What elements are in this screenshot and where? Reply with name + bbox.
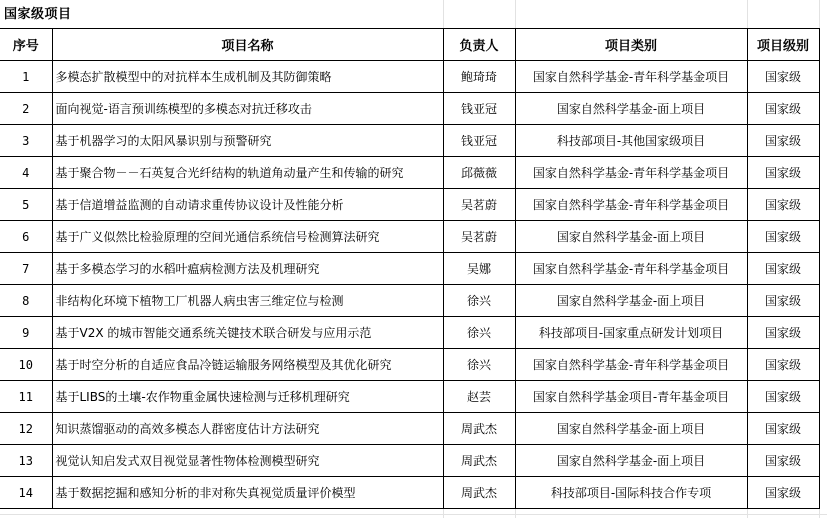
cell-category[interactable]: 国家自然科学基金-青年科学基金项目 <box>515 61 747 93</box>
cell-level[interactable]: 国家级 <box>747 221 819 253</box>
cell-index[interactable]: 5 <box>0 189 52 221</box>
cell-project-name[interactable]: 基于聚合物－－石英复合光纤结构的轨道角动量产生和传输的研究 <box>52 157 443 189</box>
cell-project-name[interactable]: 视觉认知启发式双目视觉显著性物体检测模型研究 <box>52 445 443 477</box>
cell-level[interactable]: 国家级 <box>747 61 819 93</box>
table-row: 10基于时空分析的自适应食品冷链运输服务网络模型及其优化研究徐兴国家自然科学基金… <box>0 349 819 381</box>
project-table: 序号 项目名称 负责人 项目类别 项目级别 1多模态扩散模型中的对抗样本生成机制… <box>0 28 820 509</box>
cell-lead[interactable]: 周武杰 <box>443 445 515 477</box>
cell-level[interactable]: 国家级 <box>747 477 819 509</box>
table-row: 6基于广义似然比检验原理的空间光通信系统信号检测算法研究吴茗蔚国家自然科学基金-… <box>0 221 819 253</box>
cell-level[interactable]: 国家级 <box>747 93 819 125</box>
cell-category[interactable]: 国家自然科学基金-面上项目 <box>515 413 747 445</box>
cell-project-name[interactable]: 面向视觉-语言预训练模型的多模态对抗迁移攻击 <box>52 93 443 125</box>
table-row: 1多模态扩散模型中的对抗样本生成机制及其防御策略鲍琦琦国家自然科学基金-青年科学… <box>0 61 819 93</box>
cell-level[interactable]: 国家级 <box>747 381 819 413</box>
header-level[interactable]: 项目级别 <box>747 29 819 61</box>
cell-level[interactable]: 国家级 <box>747 317 819 349</box>
cell-lead[interactable]: 徐兴 <box>443 317 515 349</box>
cell-category[interactable]: 科技部项目-国际科技合作专项 <box>515 477 747 509</box>
cell-category[interactable]: 国家自然科学基金-青年科学基金项目 <box>515 157 747 189</box>
cell-lead[interactable]: 周武杰 <box>443 413 515 445</box>
table-row: 9基于V2X 的城市智能交通系统关键技术联合研发与应用示范徐兴科技部项目-国家重… <box>0 317 819 349</box>
cell-project-name[interactable]: 基于信道增益监测的自动请求重传协议设计及性能分析 <box>52 189 443 221</box>
cell-lead[interactable]: 吴茗蔚 <box>443 221 515 253</box>
table-row: 8非结构化环境下植物工厂机器人病虫害三维定位与检测徐兴国家自然科学基金-面上项目… <box>0 285 819 317</box>
cell-project-name[interactable]: 非结构化环境下植物工厂机器人病虫害三维定位与检测 <box>52 285 443 317</box>
cell-index[interactable]: 13 <box>0 445 52 477</box>
cell-index[interactable]: 7 <box>0 253 52 285</box>
cell-level[interactable]: 国家级 <box>747 413 819 445</box>
cell-index[interactable]: 9 <box>0 317 52 349</box>
cell-category[interactable]: 国家自然科学基金-面上项目 <box>515 93 747 125</box>
cell-lead[interactable]: 钱亚冠 <box>443 125 515 157</box>
cell-project-name[interactable]: 基于广义似然比检验原理的空间光通信系统信号检测算法研究 <box>52 221 443 253</box>
cell-category[interactable]: 国家自然科学基金-面上项目 <box>515 285 747 317</box>
cell-project-name[interactable]: 基于LIBS的土壤-农作物重金属快速检测与迁移机理研究 <box>52 381 443 413</box>
cell-index[interactable]: 8 <box>0 285 52 317</box>
table-row: 5基于信道增益监测的自动请求重传协议设计及性能分析吴茗蔚国家自然科学基金-青年科… <box>0 189 819 221</box>
cell-category[interactable]: 科技部项目-国家重点研发计划项目 <box>515 317 747 349</box>
cell-level[interactable]: 国家级 <box>747 157 819 189</box>
table-row: 13视觉认知启发式双目视觉显著性物体检测模型研究周武杰国家自然科学基金-面上项目… <box>0 445 819 477</box>
cell-category[interactable]: 国家自然科学基金-青年科学基金项目 <box>515 189 747 221</box>
cell-index[interactable]: 1 <box>0 61 52 93</box>
cell-category[interactable]: 国家自然科学基金-面上项目 <box>515 221 747 253</box>
cell-index[interactable]: 14 <box>0 477 52 509</box>
cell-index[interactable]: 4 <box>0 157 52 189</box>
cell-index[interactable]: 3 <box>0 125 52 157</box>
cell-lead[interactable]: 徐兴 <box>443 349 515 381</box>
cell-level[interactable]: 国家级 <box>747 189 819 221</box>
header-category[interactable]: 项目类别 <box>515 29 747 61</box>
cell-lead[interactable]: 钱亚冠 <box>443 93 515 125</box>
header-row: 序号 项目名称 负责人 项目类别 项目级别 <box>0 29 819 61</box>
header-index[interactable]: 序号 <box>0 29 52 61</box>
cell-project-name[interactable]: 知识蒸馏驱动的高效多模态人群密度估计方法研究 <box>52 413 443 445</box>
cell-category[interactable]: 科技部项目-其他国家级项目 <box>515 125 747 157</box>
cell-level[interactable]: 国家级 <box>747 285 819 317</box>
cell-level[interactable]: 国家级 <box>747 125 819 157</box>
cell-category[interactable]: 国家自然科学基金-青年科学基金项目 <box>515 253 747 285</box>
cell-category[interactable]: 国家自然科学基金-面上项目 <box>515 445 747 477</box>
table-row: 3基于机器学习的太阳风暴识别与预警研究钱亚冠科技部项目-其他国家级项目国家级 <box>0 125 819 157</box>
cell-index[interactable]: 2 <box>0 93 52 125</box>
cell-lead[interactable]: 邱薇薇 <box>443 157 515 189</box>
cell-lead[interactable]: 赵芸 <box>443 381 515 413</box>
cell-index[interactable]: 6 <box>0 221 52 253</box>
cell-level[interactable]: 国家级 <box>747 349 819 381</box>
gridline <box>0 514 827 515</box>
table-row: 12知识蒸馏驱动的高效多模态人群密度估计方法研究周武杰国家自然科学基金-面上项目… <box>0 413 819 445</box>
cell-level[interactable]: 国家级 <box>747 445 819 477</box>
cell-lead[interactable]: 徐兴 <box>443 285 515 317</box>
cell-index[interactable]: 10 <box>0 349 52 381</box>
cell-level[interactable]: 国家级 <box>747 253 819 285</box>
cell-lead[interactable]: 周武杰 <box>443 477 515 509</box>
cell-project-name[interactable]: 基于机器学习的太阳风暴识别与预警研究 <box>52 125 443 157</box>
header-name[interactable]: 项目名称 <box>52 29 443 61</box>
cell-index[interactable]: 12 <box>0 413 52 445</box>
table-row: 11基于LIBS的土壤-农作物重金属快速检测与迁移机理研究赵芸国家自然科学基金项… <box>0 381 819 413</box>
table-row: 14基于数据挖掘和感知分析的非对称失真视觉质量评价模型周武杰科技部项目-国际科技… <box>0 477 819 509</box>
table-row: 7基于多模态学习的水稻叶瘟病检测方法及机理研究吴娜国家自然科学基金-青年科学基金… <box>0 253 819 285</box>
cell-project-name[interactable]: 基于数据挖掘和感知分析的非对称失真视觉质量评价模型 <box>52 477 443 509</box>
cell-project-name[interactable]: 基于时空分析的自适应食品冷链运输服务网络模型及其优化研究 <box>52 349 443 381</box>
cell-project-name[interactable]: 基于多模态学习的水稻叶瘟病检测方法及机理研究 <box>52 253 443 285</box>
cell-lead[interactable]: 吴茗蔚 <box>443 189 515 221</box>
cell-project-name[interactable]: 多模态扩散模型中的对抗样本生成机制及其防御策略 <box>52 61 443 93</box>
cell-lead[interactable]: 吴娜 <box>443 253 515 285</box>
cell-index[interactable]: 11 <box>0 381 52 413</box>
table-row: 4基于聚合物－－石英复合光纤结构的轨道角动量产生和传输的研究邱薇薇国家自然科学基… <box>0 157 819 189</box>
sheet-title[interactable]: 国家级项目 <box>4 4 72 26</box>
cell-lead[interactable]: 鲍琦琦 <box>443 61 515 93</box>
cell-category[interactable]: 国家自然科学基金-青年科学基金项目 <box>515 349 747 381</box>
table-row: 2面向视觉-语言预训练模型的多模态对抗迁移攻击钱亚冠国家自然科学基金-面上项目国… <box>0 93 819 125</box>
header-lead[interactable]: 负责人 <box>443 29 515 61</box>
cell-category[interactable]: 国家自然科学基金项目-青年基金项目 <box>515 381 747 413</box>
cell-project-name[interactable]: 基于V2X 的城市智能交通系统关键技术联合研发与应用示范 <box>52 317 443 349</box>
